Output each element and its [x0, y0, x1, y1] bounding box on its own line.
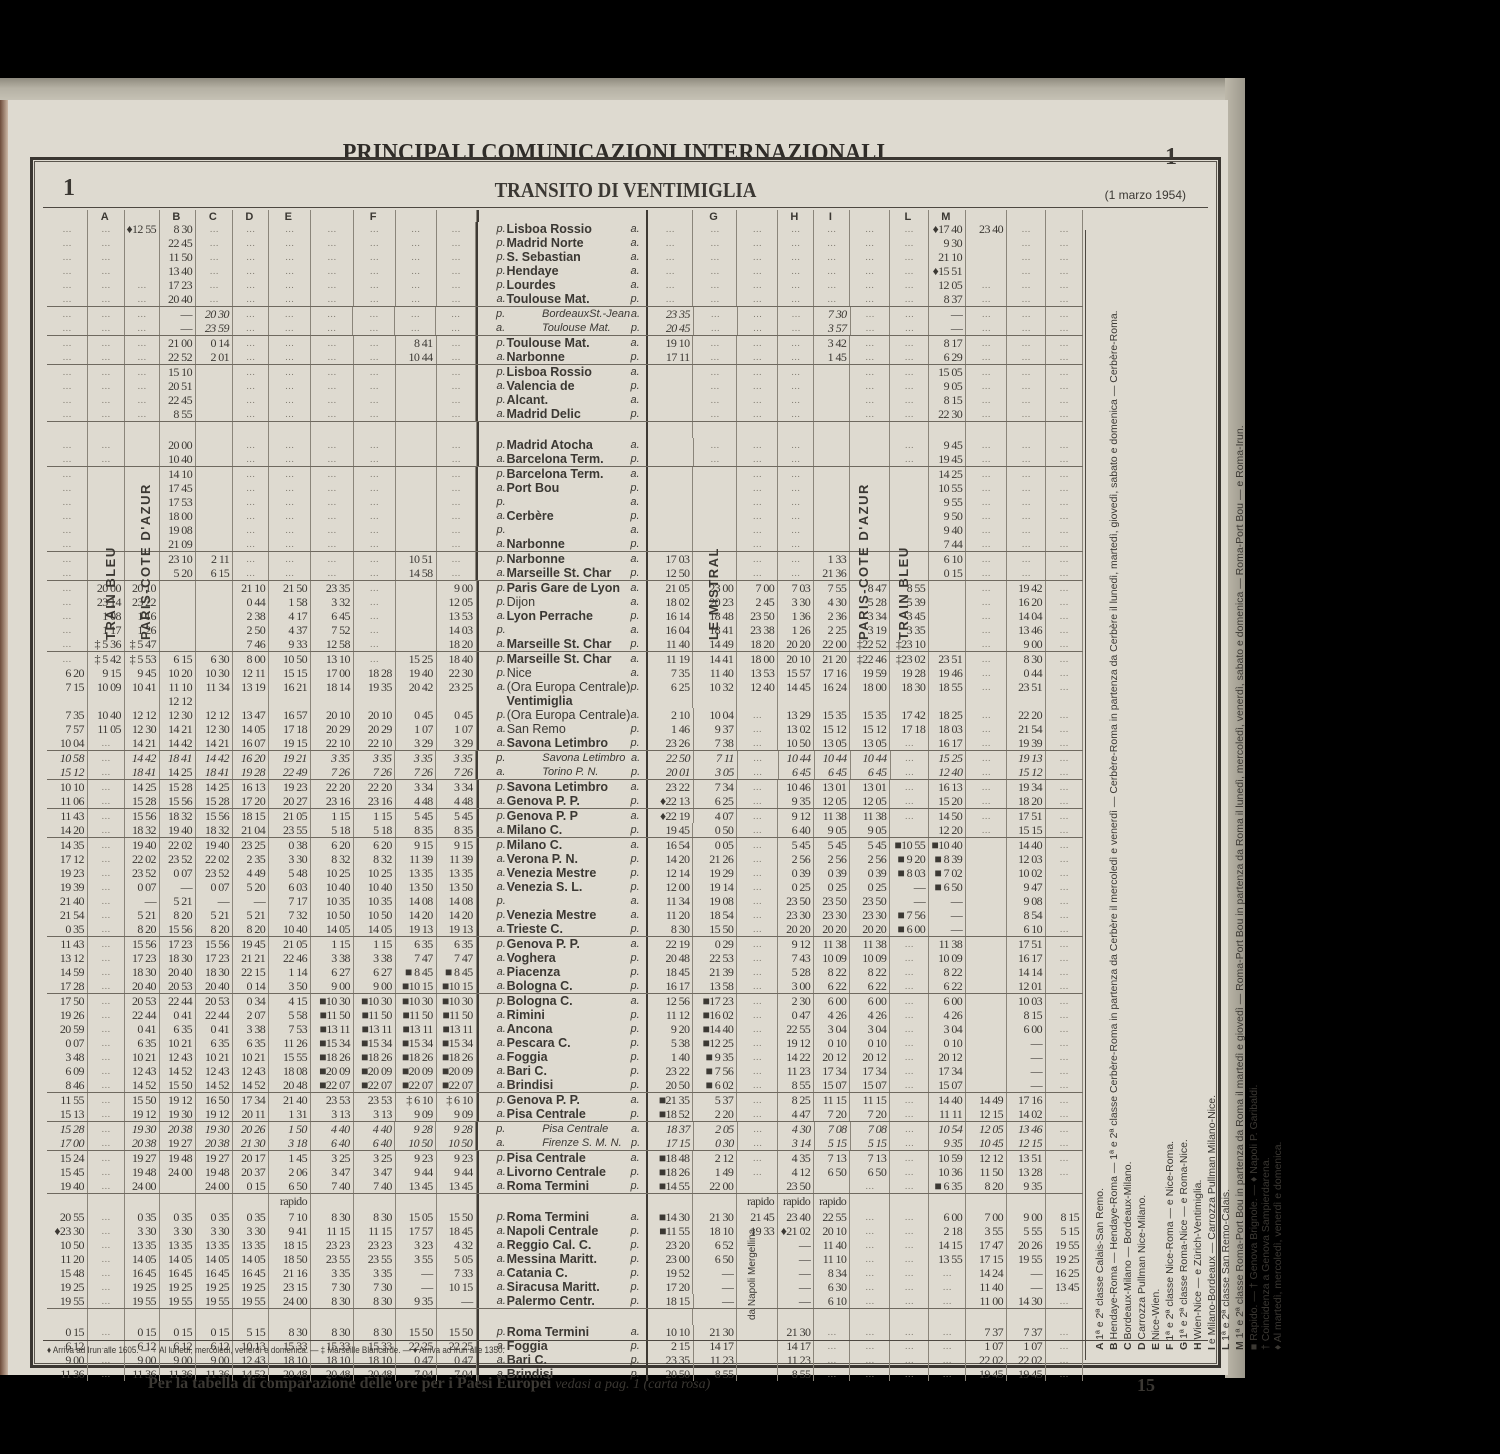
- station-label: Cerbère: [506, 509, 553, 523]
- time-cell: 4 40: [311, 1122, 354, 1136]
- time-cell: 0 35: [233, 1210, 269, 1224]
- station-name: p.Hendayea.: [476, 264, 647, 278]
- time-cell: 12 40: [929, 765, 966, 779]
- time-cell: 11 23: [778, 1353, 814, 1367]
- station-name: a.Narbonnep.: [476, 350, 647, 364]
- time-cell: 21 10: [929, 250, 966, 264]
- time-cell: ■ 6 35: [929, 1179, 966, 1193]
- time-cell: [890, 481, 929, 495]
- time-cell: …: [353, 307, 395, 321]
- time-cell: 4 07: [694, 809, 738, 823]
- arr-dep-marker: p.: [631, 1266, 640, 1280]
- time-cell: …: [1007, 509, 1046, 523]
- time-cell: 5 45: [396, 809, 437, 823]
- time-cell: …: [88, 1266, 125, 1280]
- arr-dep-marker: p.: [496, 236, 505, 250]
- station-name: a.Verona P. N.p.: [477, 852, 648, 866]
- arr-dep-marker: a.: [630, 393, 639, 407]
- time-cell: 23 20: [648, 1238, 694, 1252]
- time-cell: …: [850, 365, 890, 379]
- station-name: a.Torino P. N.p.: [476, 765, 648, 779]
- time-cell: 6 00: [850, 994, 890, 1008]
- time-cell: 23 55: [311, 1252, 354, 1266]
- time-cell: 17 20: [648, 1280, 694, 1294]
- station-name: a.Valencia dep.: [476, 379, 647, 393]
- time-cell: …: [1046, 1339, 1083, 1353]
- time-cell: …: [1046, 951, 1083, 965]
- time-cell: …: [1007, 495, 1046, 509]
- time-cell: 19 55: [233, 1294, 269, 1308]
- arr-dep-marker: a.: [497, 722, 506, 736]
- station-name: a.Firenze S. M. N.p.: [476, 1136, 648, 1150]
- time-cell: [396, 407, 437, 421]
- time-cell: [966, 951, 1007, 965]
- arr-dep-marker: a.: [497, 1266, 506, 1280]
- time-cell: 17 18: [890, 722, 929, 736]
- station-name: a.Milano C.p.: [477, 823, 648, 837]
- time-cell: [47, 1194, 88, 1210]
- time-cell: 13 45: [1046, 1280, 1083, 1294]
- time-cell: …: [436, 321, 476, 335]
- time-cell: [233, 694, 269, 708]
- time-cell: 7 55: [814, 581, 850, 595]
- time-cell: …: [966, 336, 1007, 350]
- time-cell: …: [233, 481, 269, 495]
- time-cell: …: [966, 794, 1007, 808]
- time-cell: 20 42: [396, 680, 437, 694]
- time-cell: …: [354, 222, 396, 236]
- time-cell: …: [814, 1367, 850, 1381]
- time-cell: 15 45: [47, 1165, 88, 1179]
- time-cell: …: [890, 1050, 929, 1064]
- time-cell: …: [966, 307, 1007, 321]
- time-cell: 8 54: [1007, 908, 1046, 922]
- time-cell: …: [890, 452, 929, 466]
- comparison-note-bold: Per la tabella di comparazione delle ore…: [148, 1375, 551, 1392]
- time-cell: [693, 467, 737, 481]
- time-cell: 19 40: [47, 1179, 88, 1193]
- time-cell: …: [814, 1325, 850, 1339]
- table-row: ………8 55……………a.Madrid Delicp.……………22 30………: [47, 407, 1083, 421]
- time-cell: 17 11: [648, 350, 694, 364]
- time-cell: 11 10: [160, 680, 196, 694]
- time-cell: 9 41: [269, 1224, 311, 1238]
- arr-dep-marker: a.: [631, 1210, 640, 1224]
- station-label: Siracusa Maritt.: [507, 1280, 600, 1294]
- time-cell: 7 26: [354, 765, 396, 779]
- table-row: ……13 40…………………p.Hendayea.…………………♦15 51……: [47, 264, 1083, 278]
- time-cell: 23 50: [778, 894, 814, 908]
- station-label: Madrid Atocha: [507, 438, 593, 452]
- time-cell: [814, 537, 850, 551]
- arr-dep-marker: a.: [496, 379, 505, 393]
- station-name: a.Narbonnep.: [476, 537, 647, 551]
- time-cell: 11 10: [814, 1252, 850, 1266]
- time-cell: 20 48: [648, 951, 694, 965]
- time-cell: rapido: [737, 1194, 778, 1210]
- time-cell: [648, 467, 694, 481]
- legend-key: E: [1150, 1340, 1162, 1350]
- time-cell: 22 46: [269, 951, 311, 965]
- time-cell: 23 35: [311, 581, 354, 595]
- time-cell: 15 56: [196, 937, 233, 951]
- time-cell: …: [1007, 566, 1046, 580]
- time-cell: 6 45: [779, 765, 815, 779]
- time-cell: —: [396, 1280, 437, 1294]
- legend-key: C: [1122, 1340, 1134, 1351]
- column-header: [648, 210, 694, 222]
- time-cell: …: [88, 965, 125, 979]
- station-name: a.Bologna C.p.: [477, 979, 648, 993]
- arr-dep-marker: a.: [497, 1036, 506, 1050]
- time-cell: ■10 30: [437, 994, 477, 1008]
- time-cell: 11 38: [850, 937, 890, 951]
- time-cell: [966, 250, 1007, 264]
- station-name: a.Piacenzap.: [477, 965, 648, 979]
- time-cell: 22 45: [160, 236, 196, 250]
- time-cell: 13 58: [693, 979, 737, 993]
- arr-dep-marker: a.: [497, 1294, 506, 1308]
- station-label: (Ora Europa Centrale): [507, 708, 631, 722]
- time-cell: …: [737, 965, 778, 979]
- time-cell: ■22 07: [437, 1078, 477, 1092]
- time-cell: 10 32: [693, 680, 737, 694]
- time-cell: …: [233, 537, 269, 551]
- time-cell: 11 05: [88, 722, 125, 736]
- time-cell: 19 48: [196, 1165, 233, 1179]
- table-row: [47, 1308, 1083, 1325]
- time-cell: …: [88, 1136, 125, 1150]
- time-cell: …: [737, 809, 778, 823]
- time-cell: …: [737, 852, 778, 866]
- time-cell: 21 00: [160, 336, 196, 350]
- station-label: Firenze S. M. N.: [542, 1136, 621, 1150]
- time-cell: …: [850, 393, 890, 407]
- time-cell: 3 47: [354, 1165, 396, 1179]
- time-cell: …: [354, 452, 396, 466]
- arr-dep-marker: a.: [631, 908, 640, 922]
- time-cell: 5 21: [233, 908, 269, 922]
- table-row: 0 07…6 3510 216 356 3511 26■15 34■15 34■…: [47, 1036, 1083, 1050]
- time-cell: [693, 422, 737, 438]
- time-cell: 6 15: [160, 652, 196, 666]
- time-cell: 14 52: [125, 1078, 160, 1092]
- time-cell: …: [1046, 765, 1083, 779]
- time-cell: 23 35: [648, 307, 694, 321]
- time-cell: …: [47, 264, 88, 278]
- time-cell: 0 39: [814, 866, 850, 880]
- arr-dep-marker: p.: [630, 481, 639, 495]
- time-cell: 4 26: [850, 1008, 890, 1022]
- time-cell: 6 10: [814, 1294, 850, 1308]
- station-name: p.Lisboa Rossioa.: [476, 365, 647, 379]
- time-cell: [648, 481, 694, 495]
- time-cell: …: [966, 523, 1007, 537]
- time-cell: …: [88, 765, 125, 779]
- time-cell: 10 54: [929, 1122, 966, 1136]
- time-cell: 3 35: [436, 751, 476, 765]
- time-cell: …: [778, 236, 814, 250]
- time-cell: …: [1046, 979, 1083, 993]
- time-cell: …: [890, 794, 929, 808]
- station-name: a.Barcelona Term.p.: [477, 452, 648, 466]
- time-cell: 11 34: [648, 894, 694, 908]
- time-cell: …: [311, 365, 354, 379]
- time-cell: …: [966, 780, 1007, 794]
- time-cell: …: [88, 1280, 125, 1294]
- time-cell: …: [196, 222, 233, 236]
- time-cell: …: [437, 292, 477, 306]
- time-cell: 6 30: [196, 652, 233, 666]
- time-cell: ‡ 6 10: [396, 1093, 437, 1107]
- time-cell: [890, 509, 929, 523]
- time-cell: …: [88, 1064, 125, 1078]
- time-cell: 21 16: [269, 1266, 311, 1280]
- time-cell: 11 38: [929, 937, 966, 951]
- time-cell: …: [125, 393, 160, 407]
- time-cell: 20 37: [233, 1165, 269, 1179]
- time-cell: 9 15: [88, 666, 125, 680]
- time-cell: 14 03: [437, 623, 477, 637]
- time-cell: 14 05: [160, 1252, 196, 1266]
- table-row: …‡ 5 36‡ 5 477 469 3312 58…18 20a.Marsei…: [47, 637, 1083, 651]
- time-cell: …: [88, 1151, 125, 1165]
- time-cell: …: [737, 278, 778, 292]
- time-cell: 14 42: [125, 751, 160, 765]
- time-cell: …: [88, 1165, 125, 1179]
- time-cell: [396, 509, 437, 523]
- time-cell: [196, 694, 233, 708]
- arr-dep-marker: a.: [630, 365, 639, 379]
- table-row: …17 45……………a.Port Boup.……10 55………: [47, 481, 1083, 495]
- time-cell: [125, 264, 160, 278]
- time-cell: [890, 1309, 929, 1325]
- time-cell: …: [88, 1252, 125, 1266]
- time-cell: [396, 422, 437, 438]
- time-cell: [396, 393, 437, 407]
- time-cell: [160, 581, 196, 595]
- time-cell: …: [354, 623, 396, 637]
- time-cell: 3 38: [354, 951, 396, 965]
- time-cell: —: [929, 894, 966, 908]
- time-cell: 23 26: [648, 736, 694, 750]
- time-cell: …: [47, 452, 88, 466]
- time-cell: 15 35: [850, 708, 890, 722]
- time-cell: …: [354, 292, 396, 306]
- time-cell: [196, 523, 233, 537]
- station-name: p.Genova P. P.a.: [477, 937, 648, 951]
- arr-dep-marker: a.: [497, 1179, 506, 1193]
- time-cell: …: [929, 1353, 966, 1367]
- time-cell: …: [1007, 452, 1046, 466]
- table-row: …17 53……………p.a.……9 55………: [47, 495, 1083, 509]
- time-cell: …: [737, 1064, 778, 1078]
- time-cell: …: [890, 994, 929, 1008]
- time-cell: 19 55: [47, 1294, 88, 1308]
- time-cell: …: [269, 481, 311, 495]
- time-cell: 18 40: [437, 652, 477, 666]
- time-cell: 5 38: [648, 1036, 694, 1050]
- time-cell: [966, 852, 1007, 866]
- arr-dep-marker: p.: [631, 951, 640, 965]
- time-cell: …: [1046, 307, 1083, 321]
- arr-dep-marker: p.: [496, 523, 505, 537]
- time-cell: [396, 609, 437, 623]
- station-name: a.Lyon Perrachep.: [477, 609, 648, 623]
- time-cell: [814, 523, 850, 537]
- time-cell: [196, 509, 233, 523]
- time-cell: 11 40: [648, 637, 694, 651]
- time-cell: 15 10: [160, 365, 196, 379]
- time-cell: …: [890, 951, 929, 965]
- time-cell: [269, 694, 311, 708]
- arr-dep-marker: p.: [631, 1252, 640, 1266]
- time-cell: 18 30: [890, 680, 929, 694]
- time-cell: 24 00: [125, 1179, 160, 1193]
- time-cell: …: [966, 722, 1007, 736]
- time-cell: …: [890, 1165, 929, 1179]
- column-header: L: [890, 210, 929, 222]
- arr-dep-marker: a.: [631, 1093, 640, 1107]
- time-cell: rapido: [778, 1194, 814, 1210]
- time-cell: 15 20: [929, 794, 966, 808]
- time-cell: 4 37: [269, 623, 311, 637]
- legend-entry: D Carrozza Pullman Nice-Milano.: [1136, 250, 1148, 1350]
- time-cell: ■10 15: [396, 979, 437, 993]
- time-cell: …: [778, 292, 814, 306]
- station-name: p.Alcant.a.: [476, 393, 647, 407]
- time-cell: …: [890, 937, 929, 951]
- time-cell: …: [233, 250, 269, 264]
- time-cell: 18 32: [196, 823, 233, 837]
- time-cell: …: [88, 307, 125, 321]
- time-cell: [814, 509, 850, 523]
- time-cell: …: [737, 780, 778, 794]
- arr-dep-marker: p.: [497, 937, 506, 951]
- time-cell: …: [737, 552, 778, 566]
- time-cell: 10 46: [778, 780, 814, 794]
- time-cell: …: [966, 438, 1007, 452]
- time-cell: 8 41: [396, 336, 437, 350]
- time-cell: …: [814, 250, 850, 264]
- time-cell: 20 53: [125, 994, 160, 1008]
- time-cell: 23 40: [966, 222, 1007, 236]
- time-cell: …: [437, 552, 477, 566]
- time-cell: 6 22: [814, 979, 850, 993]
- time-cell: …: [88, 866, 125, 880]
- time-cell: …: [966, 609, 1007, 623]
- table-row: 7 3510 4012 1212 3012 1213 4716 5720 102…: [47, 708, 1083, 722]
- time-cell: …: [738, 1136, 779, 1150]
- time-cell: …: [778, 393, 814, 407]
- time-cell: …: [966, 823, 1007, 837]
- time-cell: …: [354, 509, 396, 523]
- arr-dep-marker: p.: [496, 264, 505, 278]
- time-cell: …: [737, 1022, 778, 1036]
- time-cell: 23 30: [778, 908, 814, 922]
- time-cell: …: [850, 407, 890, 421]
- time-cell: …: [738, 765, 779, 779]
- time-cell: 7 57: [47, 722, 88, 736]
- time-cell: —: [929, 307, 966, 321]
- time-cell: [850, 1194, 890, 1210]
- time-cell: …: [693, 250, 737, 264]
- time-cell: …: [88, 809, 125, 823]
- time-cell: 19 30: [160, 1107, 196, 1121]
- time-cell: …: [88, 1022, 125, 1036]
- station-name: a.Marseille St. Charp.: [476, 566, 647, 580]
- time-cell: 23 52: [160, 852, 196, 866]
- time-cell: …: [693, 407, 737, 421]
- time-cell: 12 43: [125, 1064, 160, 1078]
- station-name: a.Roma Terminip.: [477, 1179, 648, 1193]
- time-cell: [850, 422, 890, 438]
- time-cell: …: [648, 278, 694, 292]
- time-cell: 2 50: [233, 623, 269, 637]
- time-cell: 10 09: [850, 951, 890, 965]
- time-cell: 20 40: [160, 965, 196, 979]
- time-cell: 17 00: [47, 1136, 88, 1150]
- time-cell: …: [737, 509, 778, 523]
- time-cell: …: [1046, 407, 1083, 421]
- time-cell: ■18 52: [648, 1107, 694, 1121]
- time-cell: …: [966, 736, 1007, 750]
- time-cell: 7 30: [311, 1280, 354, 1294]
- time-cell: 23 51: [929, 652, 966, 666]
- time-cell: …: [233, 393, 269, 407]
- time-cell: …: [88, 1325, 125, 1339]
- time-cell: [396, 1194, 437, 1210]
- time-cell: 21 40: [269, 1093, 311, 1107]
- time-cell: ■10 40: [929, 838, 966, 852]
- time-cell: 6 35: [196, 1036, 233, 1050]
- time-cell: 21 05: [648, 581, 694, 595]
- time-cell: [966, 236, 1007, 250]
- footnote: ♦ Arriva ad Irun alle 1605. — ♀ Al luned…: [47, 1345, 505, 1356]
- time-cell: 19 48: [125, 1165, 160, 1179]
- time-cell: …: [269, 393, 311, 407]
- arr-dep-marker: p.: [497, 581, 506, 595]
- arr-dep-marker: p.: [497, 994, 506, 1008]
- station-name: a.Savona Letimbrop.: [477, 736, 648, 750]
- time-cell: 18 30: [196, 965, 233, 979]
- station-label: Trieste C.: [507, 922, 563, 936]
- time-cell: 21 30: [694, 1325, 738, 1339]
- time-cell: ■ 9 20: [890, 852, 929, 866]
- column-header: [47, 210, 88, 222]
- time-cell: [648, 694, 694, 708]
- arr-dep-marker: a.: [496, 481, 505, 495]
- station-name: a.Livorno Centralep.: [477, 1165, 648, 1179]
- time-cell: …: [814, 1339, 850, 1353]
- time-cell: 14 20: [47, 823, 88, 837]
- time-cell: ■10 15: [437, 979, 477, 993]
- time-cell: [814, 452, 850, 466]
- time-cell: 9 33: [269, 637, 311, 651]
- time-cell: 12 12: [160, 694, 196, 708]
- arr-dep-marker: p.: [631, 852, 640, 866]
- binding-shadow: [0, 100, 8, 1375]
- time-cell: [850, 467, 890, 481]
- time-cell: …: [966, 666, 1007, 680]
- arr-dep-marker: p.: [496, 250, 505, 264]
- time-cell: 23 59: [196, 321, 233, 335]
- time-cell: [196, 637, 233, 651]
- station-name: p.a.: [476, 495, 647, 509]
- time-cell: 3 04: [814, 1022, 850, 1036]
- time-cell: …: [890, 336, 929, 350]
- time-cell: —: [233, 894, 269, 908]
